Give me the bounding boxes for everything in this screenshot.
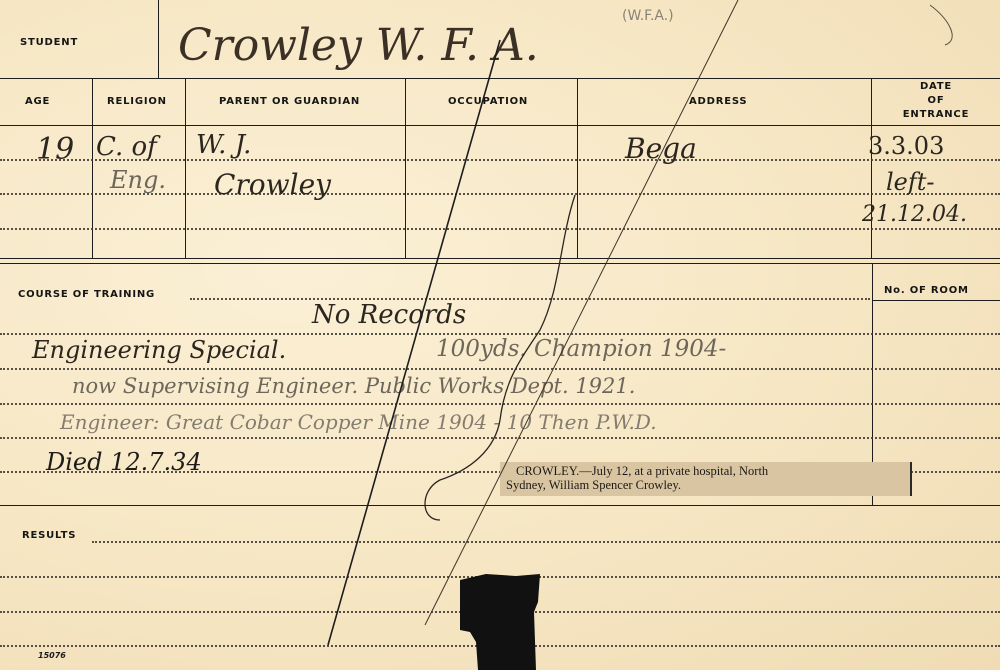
date-column-header-3: ENTRANCE (872, 109, 1000, 120)
form-number: 15076 (38, 651, 66, 660)
header-divider (0, 78, 1000, 79)
table-bottom-rule-2 (0, 263, 1000, 264)
address-value: Bega (625, 132, 697, 165)
col-divider-parent (405, 78, 406, 258)
parent-value-1: W. J. (196, 130, 251, 160)
course-line-1b: 100yds. Champion 1904- (436, 336, 726, 362)
date-of-entrance-value: 3.3.03 (868, 132, 944, 160)
student-label-divider (158, 0, 159, 78)
dotted-line (0, 228, 1000, 230)
results-label: RESULTS (22, 530, 76, 541)
col-divider-religion (185, 78, 186, 258)
paper-tear-stain (456, 572, 541, 670)
age-column-header: AGE (25, 96, 50, 107)
student-record-card: STUDENT AGE RELIGION PARENT OR GUARDIAN … (0, 0, 1000, 670)
parent-value-2: Crowley (214, 168, 331, 201)
address-column-header: ADDRESS (689, 96, 747, 107)
date-left-value: 21.12.04. (862, 202, 967, 227)
dotted-line (0, 333, 1000, 335)
column-header-divider (0, 125, 1000, 126)
occupation-column-header: OCCUPATION (448, 96, 528, 107)
course-of-training-label: COURSE OF TRAINING (18, 289, 155, 300)
obituary-clipping: CROWLEY.—July 12, at a private hospital,… (500, 462, 912, 496)
age-value: 19 (36, 132, 74, 167)
course-line-2: now Supervising Engineer. Public Works D… (72, 374, 635, 398)
student-label: STUDENT (20, 37, 78, 48)
dotted-line (0, 403, 1000, 405)
clipping-line-2: Sydney, William Spencer Crowley. (506, 478, 904, 492)
col-divider-age (92, 78, 93, 258)
religion-column-header: RELIGION (107, 96, 167, 107)
col-divider-occupation (577, 78, 578, 258)
dotted-line (0, 368, 1000, 370)
dotted-line (0, 437, 1000, 439)
room-header-rule (872, 300, 1000, 301)
dotted-line (190, 298, 870, 300)
course-line-1: Engineering Special. (32, 336, 286, 364)
table-bottom-rule (0, 258, 1000, 259)
date-column-header-1: DATE (872, 81, 1000, 92)
date-column-header-2: OF (872, 95, 1000, 106)
course-line-3: Engineer: Great Cobar Copper Mine 1904 -… (60, 410, 657, 434)
room-number-label: No. OF ROOM (884, 285, 969, 296)
clipping-line-1: CROWLEY.—July 12, at a private hospital,… (506, 464, 904, 478)
date-left-label: left- (886, 168, 935, 196)
student-name-annotation: (W.F.A.) (622, 8, 674, 24)
religion-value-1: C. of (96, 132, 157, 162)
dotted-line (92, 541, 1000, 543)
parent-column-header: PARENT OR GUARDIAN (219, 96, 360, 107)
no-records-note: No Records (312, 300, 466, 330)
results-divider (0, 505, 1000, 506)
died-date-note: Died 12.7.34 (46, 448, 202, 476)
student-name: Crowley W. F. A. (178, 20, 539, 71)
religion-value-2: Eng. (110, 166, 166, 194)
